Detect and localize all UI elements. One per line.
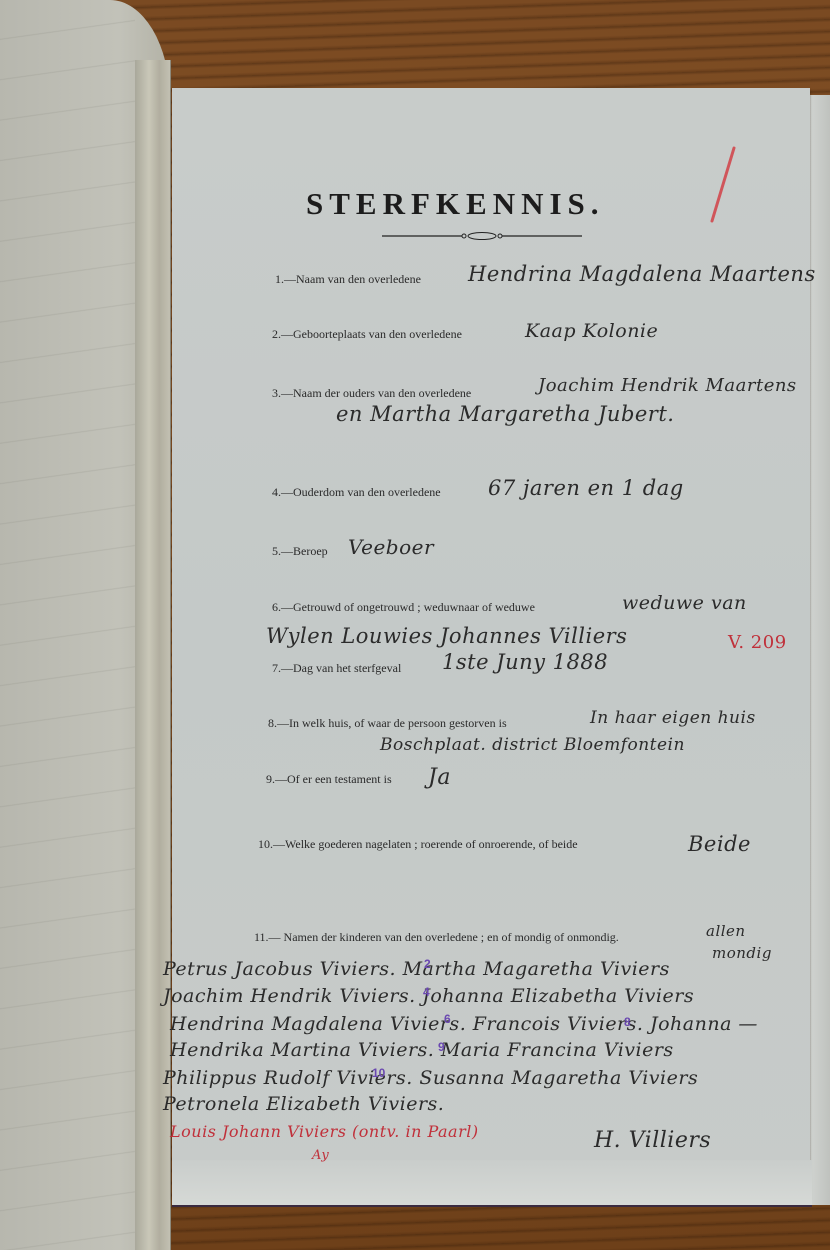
children-line-4: Hendrika Martina Viviers. Maria Francina… xyxy=(170,1039,674,1061)
child-number-10: 10 xyxy=(372,1066,385,1080)
page-number-mark-red xyxy=(708,145,738,225)
signature: H. Villiers xyxy=(594,1128,711,1153)
field-label-occupation: 5.—Beroep xyxy=(272,544,328,559)
child-number-4: 4 xyxy=(423,985,430,999)
field-label-parents: 3.—Naam der ouders van den overledene xyxy=(272,386,471,401)
field-label-name: 1.—Naam van den overledene xyxy=(275,272,421,287)
page-bottom-edge xyxy=(172,1160,812,1207)
field-value-estate: Beide xyxy=(688,832,751,856)
field-value-name: Hendrina Magdalena Maartens xyxy=(468,262,816,286)
field-value-majority-line1: allen xyxy=(706,922,746,940)
field-value-spouse: Wylen Louwies Johannes Villiers xyxy=(266,624,627,648)
red-annotation-note: Louis Johann Viviers (ontv. in Paarl) xyxy=(170,1122,479,1141)
field-value-parents-line1: Joachim Hendrik Maartens xyxy=(538,375,797,396)
field-value-place-line2: Boschplaat. district Bloemfontein xyxy=(380,735,685,755)
field-value-occupation: Veeboer xyxy=(348,535,434,559)
field-value-testament: Ja xyxy=(428,765,451,790)
children-line-6: Petronela Elizabeth Viviers. xyxy=(163,1093,444,1115)
child-number-9: 9 xyxy=(438,1040,445,1054)
child-number-2: 2 xyxy=(424,957,431,971)
field-label-children: 11.— Namen der kinderen van den overlede… xyxy=(254,930,619,945)
children-line-3: Hendrina Magdalena Viviers. Francois Viv… xyxy=(170,1013,758,1035)
field-label-marital-status: 6.—Getrouwd of ongetrouwd ; weduwnaar of… xyxy=(272,600,535,615)
field-value-date-of-death: 1ste Juny 1888 xyxy=(442,650,608,674)
red-annotation-initials: Ay xyxy=(312,1148,329,1163)
field-label-birthplace: 2.—Geboorteplaats van den overledene xyxy=(272,327,462,342)
field-label-place-of-death: 8.—In welk huis, of waar de persoon gest… xyxy=(268,716,507,731)
field-value-majority-line2: mondig xyxy=(712,944,772,962)
field-label-date-of-death: 7.—Dag van het sterfgeval xyxy=(272,661,401,676)
children-line-5: Philippus Rudolf Viviers. Susanna Magare… xyxy=(163,1067,698,1089)
field-value-birthplace: Kaap Kolonie xyxy=(525,320,658,342)
document-title: STERFKENNIS. xyxy=(306,186,605,222)
field-value-place-line1: In haar eigen huis xyxy=(590,708,756,728)
child-number-6: 6 xyxy=(444,1012,451,1026)
child-number-8: 8 xyxy=(624,1015,631,1029)
field-label-estate: 10.—Welke goederen nagelaten ; roerende … xyxy=(258,837,578,852)
field-label-testament: 9.—Of er een testament is xyxy=(266,772,392,787)
reference-annotation-red: V. 209 xyxy=(728,632,787,653)
left-page-ruled-lines xyxy=(0,0,135,1250)
decorative-rule-icon xyxy=(382,230,582,242)
field-label-age: 4.—Ouderdom van den overledene xyxy=(272,485,441,500)
field-value-marital-status: weduwe van xyxy=(622,592,747,614)
children-line-1: Petrus Jacobus Viviers. Martha Magaretha… xyxy=(163,958,670,980)
field-value-age: 67 jaren en 1 dag xyxy=(488,476,684,500)
field-value-parents-line2: en Martha Margaretha Jubert. xyxy=(336,402,674,426)
